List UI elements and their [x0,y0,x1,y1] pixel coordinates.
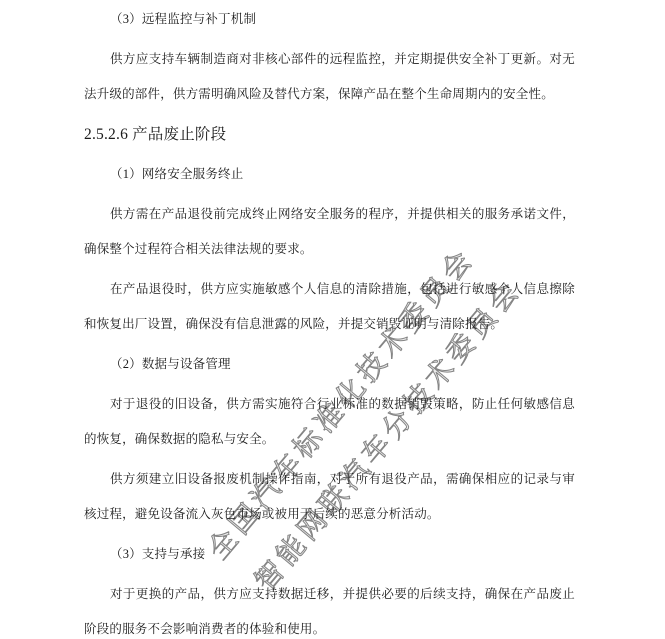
paragraph: 在产品退役时，供方应实施敏感个人信息的清除措施，包括进行敏感个人信息擦除和恢复出… [84,272,575,342]
section-heading-product-retirement: 2.5.2.6 产品废止阶段 [84,117,575,152]
paragraph: 供方须建立旧设备报废机制操作指南，对于所有退役产品，需确保相应的记录与审核过程，… [84,462,575,532]
item-heading-data-device-management: （2）数据与设备管理 [84,347,575,382]
document-page: 全国汽车标准化技术委员会 智能网联汽车分技术委员会 （3）远程监控与补丁机制 供… [0,0,665,639]
item-heading-support-handover: （3）支持与承接 [84,537,575,572]
paragraph: 供方需在产品退役前完成终止网络安全服务的程序，并提供相关的服务承诺文件，确保整个… [84,197,575,267]
paragraph: 对于退役的旧设备，供方需实施符合行业标准的数据销毁策略，防止任何敏感信息的恢复，… [84,387,575,457]
paragraph: 供方应支持车辆制造商对非核心部件的远程监控，并定期提供安全补丁更新。对无法升级的… [84,42,575,112]
item-heading-remote-monitoring: （3）远程监控与补丁机制 [84,2,575,37]
paragraph: 对于更换的产品，供方应支持数据迁移，并提供必要的后续支持，确保在产品废止阶段的服… [84,577,575,639]
document-body: （3）远程监控与补丁机制 供方应支持车辆制造商对非核心部件的远程监控，并定期提供… [0,0,665,639]
item-heading-security-service-termination: （1）网络安全服务终止 [84,157,575,192]
